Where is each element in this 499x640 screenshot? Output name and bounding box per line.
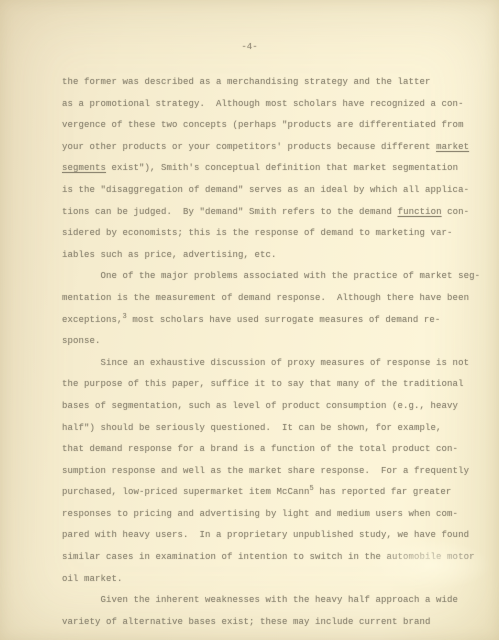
text-segment: pared with heavy users. In a proprietary… xyxy=(62,530,469,540)
text-segment: oil market. xyxy=(62,574,123,584)
text-line: bases of segmentation, such as level of … xyxy=(62,396,475,418)
text-line: variety of alternative bases exist; thes… xyxy=(62,612,475,634)
text-line: sidered by economists; this is the respo… xyxy=(62,223,475,245)
text-line: the former was described as a merchandis… xyxy=(62,72,475,94)
text-line: half") should be seriously questioned. I… xyxy=(62,418,475,440)
text-segment: tions can be judged. By "demand" Smith r… xyxy=(62,207,398,217)
document-page: -4- the former was described as a mercha… xyxy=(0,0,499,640)
text-line: Since an exhaustive discussion of proxy … xyxy=(62,353,475,375)
text-line: tions can be judged. By "demand" Smith r… xyxy=(62,202,475,224)
text-segment: con- xyxy=(442,207,470,217)
text-line: the purpose of this paper, suffice it to… xyxy=(62,374,475,396)
text-segment: that demand response for a brand is a fu… xyxy=(62,444,458,454)
text-segment: is the "disaggregation of demand" serves… xyxy=(62,185,469,195)
text-segment: vergence of these two concepts (perhaps … xyxy=(62,120,464,130)
text-segment: purchased, low-priced supermarket item M… xyxy=(62,487,310,497)
text-segment: variety of alternative bases exist; thes… xyxy=(62,617,431,627)
text-segment: as a promotional strategy. Although most… xyxy=(62,99,464,109)
text-line: purchased, low-priced supermarket item M… xyxy=(62,482,475,504)
text-segment: exist"), Smith's conceptual definition t… xyxy=(106,163,458,173)
text-segment: sidered by economists; this is the respo… xyxy=(62,228,453,238)
text-line: iables such as price, advertising, etc. xyxy=(62,245,475,267)
text-line: pared with heavy users. In a proprietary… xyxy=(62,525,475,547)
text-line: responses to pricing and advertising by … xyxy=(62,504,475,526)
text-line: that demand response for a brand is a fu… xyxy=(62,439,475,461)
text-segment: segments xyxy=(62,163,106,173)
text-segment: mentation is the measurement of demand r… xyxy=(62,293,469,303)
text-segment: iables such as price, advertising, etc. xyxy=(62,250,277,260)
text-line: segments exist"), Smith's conceptual def… xyxy=(62,158,475,180)
text-segment: sponse. xyxy=(62,336,101,346)
text-segment: similar cases in examination of intentio… xyxy=(62,552,475,562)
text-segment: half") should be seriously questioned. I… xyxy=(62,423,442,433)
text-segment: your other products or your competitors'… xyxy=(62,142,436,152)
text-line: One of the major problems associated wit… xyxy=(62,266,475,288)
document-body: the former was described as a merchandis… xyxy=(62,72,475,633)
text-line: oil market. xyxy=(62,569,475,591)
text-segment: responses to pricing and advertising by … xyxy=(62,509,458,519)
text-segment: exceptions, xyxy=(62,315,123,325)
text-segment: Since an exhaustive discussion of proxy … xyxy=(62,358,469,368)
text-line: your other products or your competitors'… xyxy=(62,137,475,159)
text-line: Given the inherent weaknesses with the h… xyxy=(62,590,475,612)
text-segment: One of the major problems associated wit… xyxy=(62,271,480,281)
text-segment: function xyxy=(398,207,442,217)
text-segment: has reported far greater xyxy=(314,487,452,497)
text-line: sumption response and well as the market… xyxy=(62,461,475,483)
text-line: exceptions,3 most scholars have used sur… xyxy=(62,310,475,332)
text-segment: the purpose of this paper, suffice it to… xyxy=(62,379,464,389)
text-line: as a promotional strategy. Although most… xyxy=(62,94,475,116)
text-segment: market xyxy=(436,142,469,152)
page-number: -4- xyxy=(0,42,499,52)
text-segment: bases of segmentation, such as level of … xyxy=(62,401,458,411)
text-segment: Given the inherent weaknesses with the h… xyxy=(62,595,458,605)
text-line: is the "disaggregation of demand" serves… xyxy=(62,180,475,202)
text-line: sponse. xyxy=(62,331,475,353)
text-segment: the former was described as a merchandis… xyxy=(62,77,431,87)
text-line: vergence of these two concepts (perhaps … xyxy=(62,115,475,137)
text-segment: most scholars have used surrogate measur… xyxy=(127,315,441,325)
text-line: similar cases in examination of intentio… xyxy=(62,547,475,569)
text-line: mentation is the measurement of demand r… xyxy=(62,288,475,310)
text-segment: sumption response and well as the market… xyxy=(62,466,469,476)
